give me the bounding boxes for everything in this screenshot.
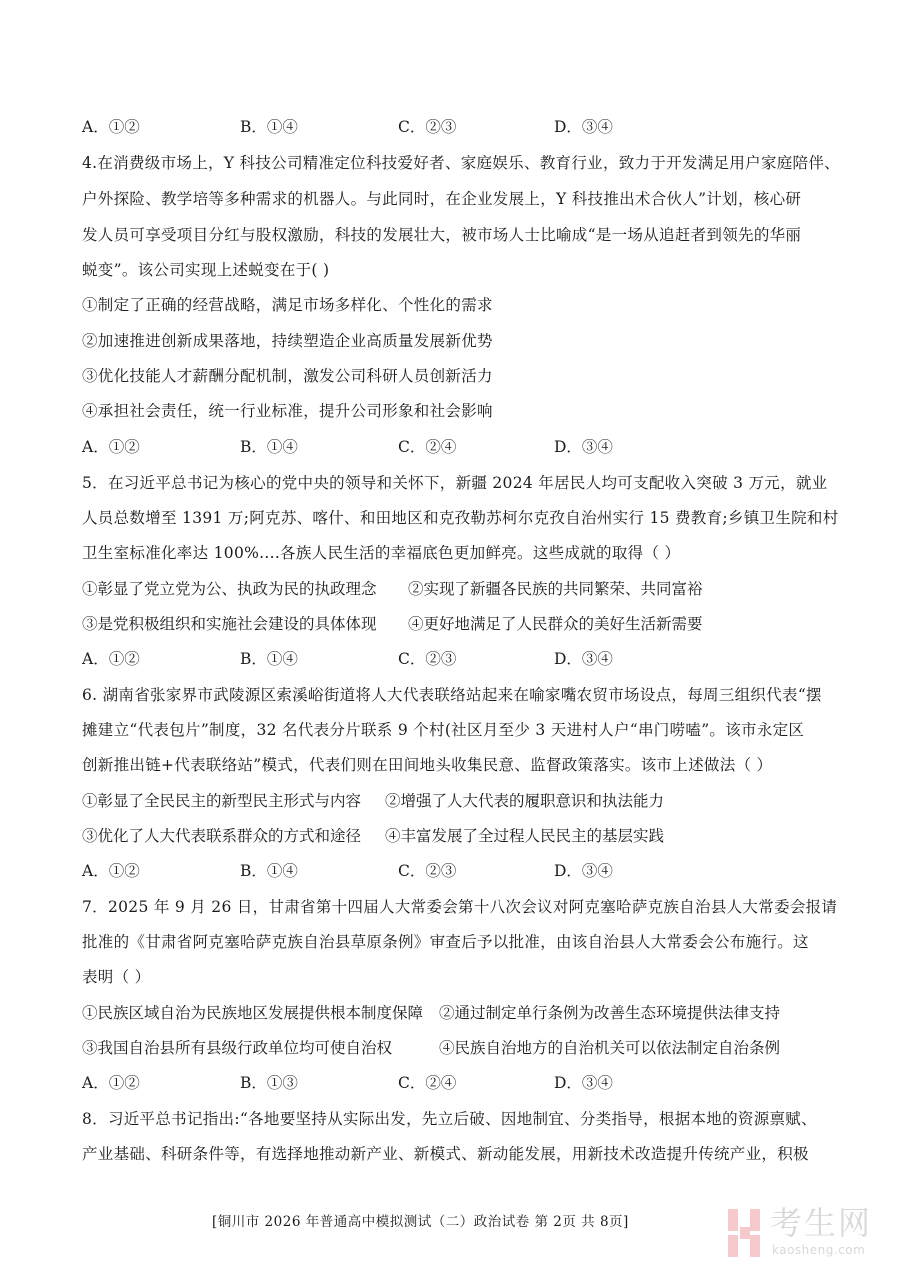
q7-statement-2: ②通过制定单行条例为改善生态环境提供法律支持 (439, 1003, 780, 1023)
q6-option-d: D．③④ (554, 861, 613, 881)
q4-option-a: A．①② (82, 437, 140, 457)
q6-option-c: C．②③ (398, 861, 456, 881)
q3-option-a: A．①② (82, 117, 140, 137)
q4-option-b: B．①④ (240, 437, 298, 457)
q4-statement-1: ①制定了正确的经营战略，满足市场多样化、个性化的需求 (82, 295, 493, 315)
q4-stem-line-4: 蜕变”。该公司实现上述蜕变在于( ) (82, 260, 329, 280)
q7-stem-line-1: 7．2025 年 9 月 26 日，甘肃省第十四届人大常委会第十八次会议对阿克塞… (82, 897, 837, 917)
q5-option-c: C．②③ (398, 649, 456, 669)
q4-statement-2: ②加速推进创新成果落地，持续塑造企业高质量发展新优势 (82, 331, 493, 351)
q7-option-c: C．②④ (398, 1073, 456, 1093)
q7-statement-3: ③我国自治县所有县级行政单位均可使自治权 (82, 1038, 392, 1058)
q4-statement-4: ④承担社会责任，统一行业标准，提升公司形象和社会影响 (82, 401, 493, 421)
page-footer: [铜川市 2026 年普通高中模拟测试（二）政治试卷 第 2页 共 8页] (212, 1213, 629, 1231)
q6-statement-1: ①彰显了全民民主的新型民主形式与内容 (82, 791, 361, 811)
q5-statement-3: ③是党积极组织和实施社会建设的具体体现 (82, 614, 377, 634)
q6-stem-line-2: 摊建立“代表包片”制度，32 名代表分片联系 9 个村(社区月至少 3 天进村人… (82, 720, 804, 740)
q6-option-b: B．①④ (240, 861, 298, 881)
q5-options: A．①② B．①④ C．②③ D．③④ (82, 649, 802, 669)
q5-option-b: B．①④ (240, 649, 298, 669)
q3-option-c: C．②③ (398, 117, 456, 137)
q8-stem-line-2: 产业基础、科研条件等，有选择地推动新产业、新模式、新动能发展，用新技术改造提升传… (82, 1144, 809, 1164)
q3-option-b: B．①④ (240, 117, 298, 137)
q4-stem-line-2: 户外探险、教学培等多种需求的机器人。与此同时，在企业发展上，Y 科技推出术合伙人… (82, 189, 801, 209)
watermark-name: 考生网 (770, 1205, 872, 1241)
q7-option-d: D．③④ (554, 1073, 613, 1093)
q7-option-b: B．①③ (240, 1073, 298, 1093)
q7-stem-line-3: 表明（ ） (82, 967, 150, 987)
q7-option-a: A．①② (82, 1073, 140, 1093)
q5-option-a: A．①② (82, 649, 140, 669)
q6-statement-3: ③优化了人大代表联系群众的方式和途径 (82, 826, 361, 846)
q3-options: A．①② B．①④ C．②③ D．③④ (82, 117, 802, 137)
q5-option-d: D．③④ (554, 649, 613, 669)
q8-stem-line-1: 8．习近平总书记指出:“各地要坚持从实际出发，先立后破、因地制宜、分类指导，根据… (82, 1109, 817, 1129)
kaosheng-logo-icon (728, 1209, 760, 1257)
q4-option-c: C．②④ (398, 437, 456, 457)
q6-stem-line-3: 创新推出链+代表联络站”模式，代表们则在田间地头收集民意、监督政策落实。该市上述… (82, 755, 772, 775)
q4-statement-3: ③优化技能人才薪酬分配机制，激发公司科研人员创新活力 (82, 366, 493, 386)
q7-statement-1: ①民族区域自治为民族地区发展提供根本制度保障 (82, 1003, 423, 1023)
q6-option-a: A．①② (82, 861, 140, 881)
q5-statement-4: ④更好地满足了人民群众的美好生活新需要 (408, 614, 703, 634)
q5-stem-line-1: 5．在习近平总书记为核心的党中央的领导和关怀下，新疆 2024 年居民人均可支配… (82, 473, 827, 493)
q6-stem-line-1: 6. 湖南省张家界市武陵源区索溪峪街道将人大代表联络站起来在喻家嘴农贸市场设点，… (82, 685, 822, 705)
watermark-url: kaosheng.com (772, 1243, 865, 1257)
q4-stem-line-3: 发人员可享受项目分红与股权激励，科技的发展壮大，被市场人士比喻成“是一场从追赶者… (82, 225, 801, 245)
q4-option-d: D．③④ (554, 437, 613, 457)
q6-statement-2: ②增强了人大代表的履职意识和执法能力 (385, 791, 664, 811)
kaosheng-watermark: 考生网 kaosheng.com (720, 1205, 900, 1265)
q3-option-d: D．③④ (554, 117, 613, 137)
q7-stem-line-2: 批准的《甘肃省阿克塞哈萨克族自治县草原条例》审查后予以批准，由该自治县人大常委会… (82, 932, 809, 952)
q6-options: A．①② B．①④ C．②③ D．③④ (82, 861, 802, 881)
q5-statement-2: ②实现了新疆各民族的共同繁荣、共同富裕 (408, 579, 703, 599)
q7-statement-4: ④民族自治地方的自治机关可以依法制定自治条例 (439, 1038, 780, 1058)
q7-options: A．①② B．①③ C．②④ D．③④ (82, 1073, 802, 1093)
q4-stem-line-1: 4.在消费级市场上，Y 科技公司精准定位科技爱好者、家庭娱乐、教育行业，致力于开… (82, 153, 840, 173)
q4-options: A．①② B．①④ C．②④ D．③④ (82, 437, 802, 457)
exam-page: A．①② B．①④ C．②③ D．③④ 4.在消费级市场上，Y 科技公司精准定位… (0, 0, 900, 1273)
q5-stem-line-3: 卫生室标准化率达 100%....各族人民生活的幸福底色更加鲜亮。这些成就的取得… (82, 543, 680, 563)
q6-statement-4: ④丰富发展了全过程人民民主的基层实践 (385, 826, 664, 846)
q5-stem-line-2: 人员总数增至 1391 万;阿克苏、喀什、和田地区和克孜勒苏柯尔克孜自治州实行 … (82, 508, 839, 528)
q5-statement-1: ①彰显了党立党为公、执政为民的执政理念 (82, 579, 377, 599)
